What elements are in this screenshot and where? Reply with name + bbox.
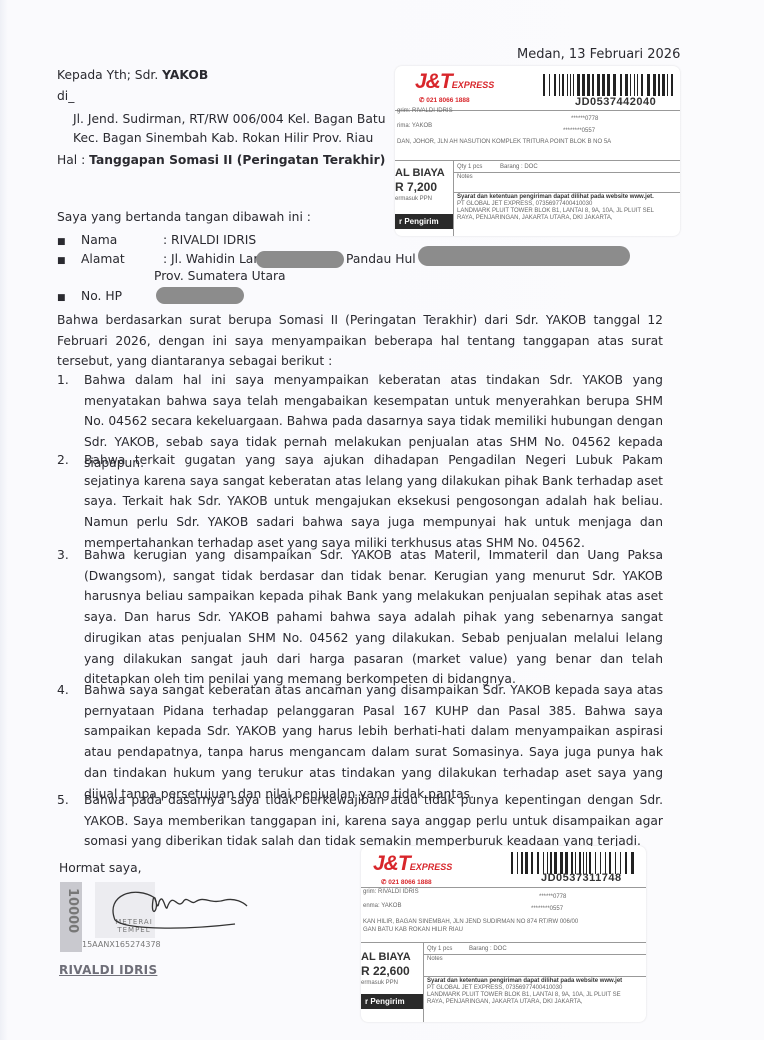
point-text: Bahwa saya sangat keberatan atas ancaman… xyxy=(84,680,663,804)
company: PT GLOBAL JET EXPRESS, 07356977400410030 xyxy=(427,985,562,991)
recipient-prefix: Kepada Yth; Sdr. xyxy=(57,68,162,82)
point-number: 3. xyxy=(57,545,69,566)
point-3: 3. Bahwa kerugian yang disampaikan Sdr. … xyxy=(57,545,663,690)
identity-address-continued: Pandau Hul xyxy=(346,249,416,269)
point-2: 2. Bahwa terkait gugatan yang saya ajuka… xyxy=(57,450,663,554)
identity-value: : RIVALDI IDRIS xyxy=(163,233,256,247)
divider xyxy=(423,976,646,977)
recipient-address-line-2: Kec. Bagan Sinembah Kab. Rokan Hilir Pro… xyxy=(73,128,373,149)
signature xyxy=(95,880,265,940)
recipient-address-line-1: Jl. Jend. Sudirman, RT/RW 006/004 Kel. B… xyxy=(73,109,386,130)
place-date: Medan, 13 Februari 2026 xyxy=(517,44,680,65)
notes-label: Notes xyxy=(457,174,473,180)
barcode xyxy=(543,74,675,96)
address-line-2: GAN BATU KAB ROKAN HILIR RIAU xyxy=(363,927,463,933)
opening-paragraph: Bahwa berdasarkan surat berupa Somasi II… xyxy=(57,310,663,372)
pengirim-tag: r Pengirim xyxy=(395,214,453,229)
total-value: R 7,200 xyxy=(395,180,437,194)
company-address-1: LANDMARK PLUIT TOWER BLOK B1, LANTAI 8, … xyxy=(427,992,621,998)
identity-label: Alamat xyxy=(81,249,163,269)
brand-logo: J&TEXPRESS xyxy=(373,852,452,876)
divider xyxy=(395,160,680,161)
brand-phone: ✆ 021 8066 1888 xyxy=(419,96,470,104)
company: PT GLOBAL JET EXPRESS, 07356977400410030 xyxy=(457,201,592,207)
receiver: rima: YAKOB xyxy=(397,123,432,129)
bullet-icon: ■ xyxy=(57,288,65,308)
identity-label: Nama xyxy=(81,230,163,250)
recipient-di: di_ xyxy=(57,86,74,107)
sender-phone: ******0778 xyxy=(571,116,598,122)
recipient-name: YAKOB xyxy=(162,68,208,82)
recipient-line: Kepada Yth; Sdr. YAKOB xyxy=(57,65,208,86)
point-number: 5. xyxy=(57,790,69,811)
tracking-number: JD0537311748 xyxy=(541,872,622,884)
stamp-value: 10000 xyxy=(65,888,80,933)
sender: grim: RIVALDI IDRIS xyxy=(397,108,453,114)
brand-phone: ✆ 021 8066 1888 xyxy=(381,878,432,886)
redaction-mark xyxy=(156,287,244,304)
notes-label: Notes xyxy=(427,956,443,962)
company-address-2: RAYA, PENJARINGAN, JAKARTA UTARA, DKI JA… xyxy=(457,215,613,221)
point-text: Bahwa terkait gugatan yang saya ajukan d… xyxy=(84,450,663,554)
closing: Hormat saya, xyxy=(59,858,142,879)
redaction-mark xyxy=(256,251,344,268)
identity-label: No. HP xyxy=(81,286,163,306)
intro-line: Saya yang bertanda tangan dibawah ini : xyxy=(57,207,311,228)
divider xyxy=(453,172,680,173)
identity-address-line-2: Prov. Sumatera Utara xyxy=(154,266,286,286)
point-5: 5. Bahwa pada dasarnya saya tidak berkew… xyxy=(57,790,663,852)
brand-logo: J&TEXPRESS xyxy=(415,70,494,94)
redaction-mark xyxy=(418,246,630,266)
tax-note: ermasuk PPN xyxy=(361,980,398,986)
point-number: 2. xyxy=(57,450,69,471)
address-line-1: KAN HILIR, BAGAN SINEMBAH, JLN JEND SUDI… xyxy=(363,919,578,925)
point-text: Bahwa kerugian yang disampaikan Sdr. YAK… xyxy=(84,545,663,690)
company-address-1: LANDMARK PLUIT TOWER BLOK B1, LANTAI 8, … xyxy=(457,208,654,214)
tax-note: ermasuk PPN xyxy=(395,196,432,202)
barcode xyxy=(511,852,639,874)
total-value: R 22,600 xyxy=(361,964,410,978)
qty: Qty 1 pcs xyxy=(427,946,452,952)
point-number: 1. xyxy=(57,370,69,391)
divider xyxy=(453,192,680,193)
subject-label: Hal : xyxy=(57,153,89,167)
tracking-number: JD0537442040 xyxy=(575,96,656,108)
bullet-icon: ■ xyxy=(57,251,65,271)
subject: Tanggapan Somasi II (Peringatan Terakhir… xyxy=(89,153,385,167)
terms: Syarat dan ketentuan pengiriman dapat di… xyxy=(457,194,654,200)
pengirim-tag: r Pengirim xyxy=(361,994,423,1009)
sender-phone: ******0778 xyxy=(539,894,566,900)
terms: Syarat dan ketentuan pengiriman dapat di… xyxy=(427,978,622,984)
signatory-name: RIVALDI IDRIS xyxy=(59,963,157,977)
address: DAN, JOHOR, JLN AH NASUTION KOMPLEK TRIT… xyxy=(397,139,611,145)
point-number: 4. xyxy=(57,680,69,701)
divider xyxy=(423,954,646,955)
point-text: Bahwa pada dasarnya saya tidak berkewaji… xyxy=(84,790,663,852)
total-label: AL BIAYA xyxy=(395,166,445,180)
goods: Barang : DOC xyxy=(500,164,538,170)
shipping-label-2: J&TEXPRESS ✆ 021 8066 1888 JD0537311748 … xyxy=(361,846,646,1022)
identity-row-phone: ■No. HP: xyxy=(57,286,167,308)
company-address-2: RAYA, PENJARINGAN, JAKARTA UTARA, DKI JA… xyxy=(427,999,583,1005)
receiver-phone: ********0557 xyxy=(563,128,595,134)
stamp-serial: 15AANX165274378 xyxy=(82,940,161,949)
sender: grim: RIVALDI IDRIS xyxy=(363,889,419,895)
receiver-phone: ********0557 xyxy=(531,906,563,912)
scanned-letter-page: Medan, 13 Februari 2026 Kepada Yth; Sdr.… xyxy=(0,0,764,1040)
total-label: AL BIAYA xyxy=(361,950,411,964)
divider xyxy=(361,887,646,888)
point-4: 4. Bahwa saya sangat keberatan atas anca… xyxy=(57,680,663,804)
goods: Barang : DOC xyxy=(469,946,507,952)
qty: Qty 1 pcs xyxy=(457,164,482,170)
divider xyxy=(361,942,646,943)
subject-line: Hal : Tanggapan Somasi II (Peringatan Te… xyxy=(57,150,385,171)
shipping-label-1: J&TEXPRESS ✆ 021 8066 1888 JD0537442040 … xyxy=(395,66,680,236)
receiver: enma: YAKOB xyxy=(363,903,401,909)
